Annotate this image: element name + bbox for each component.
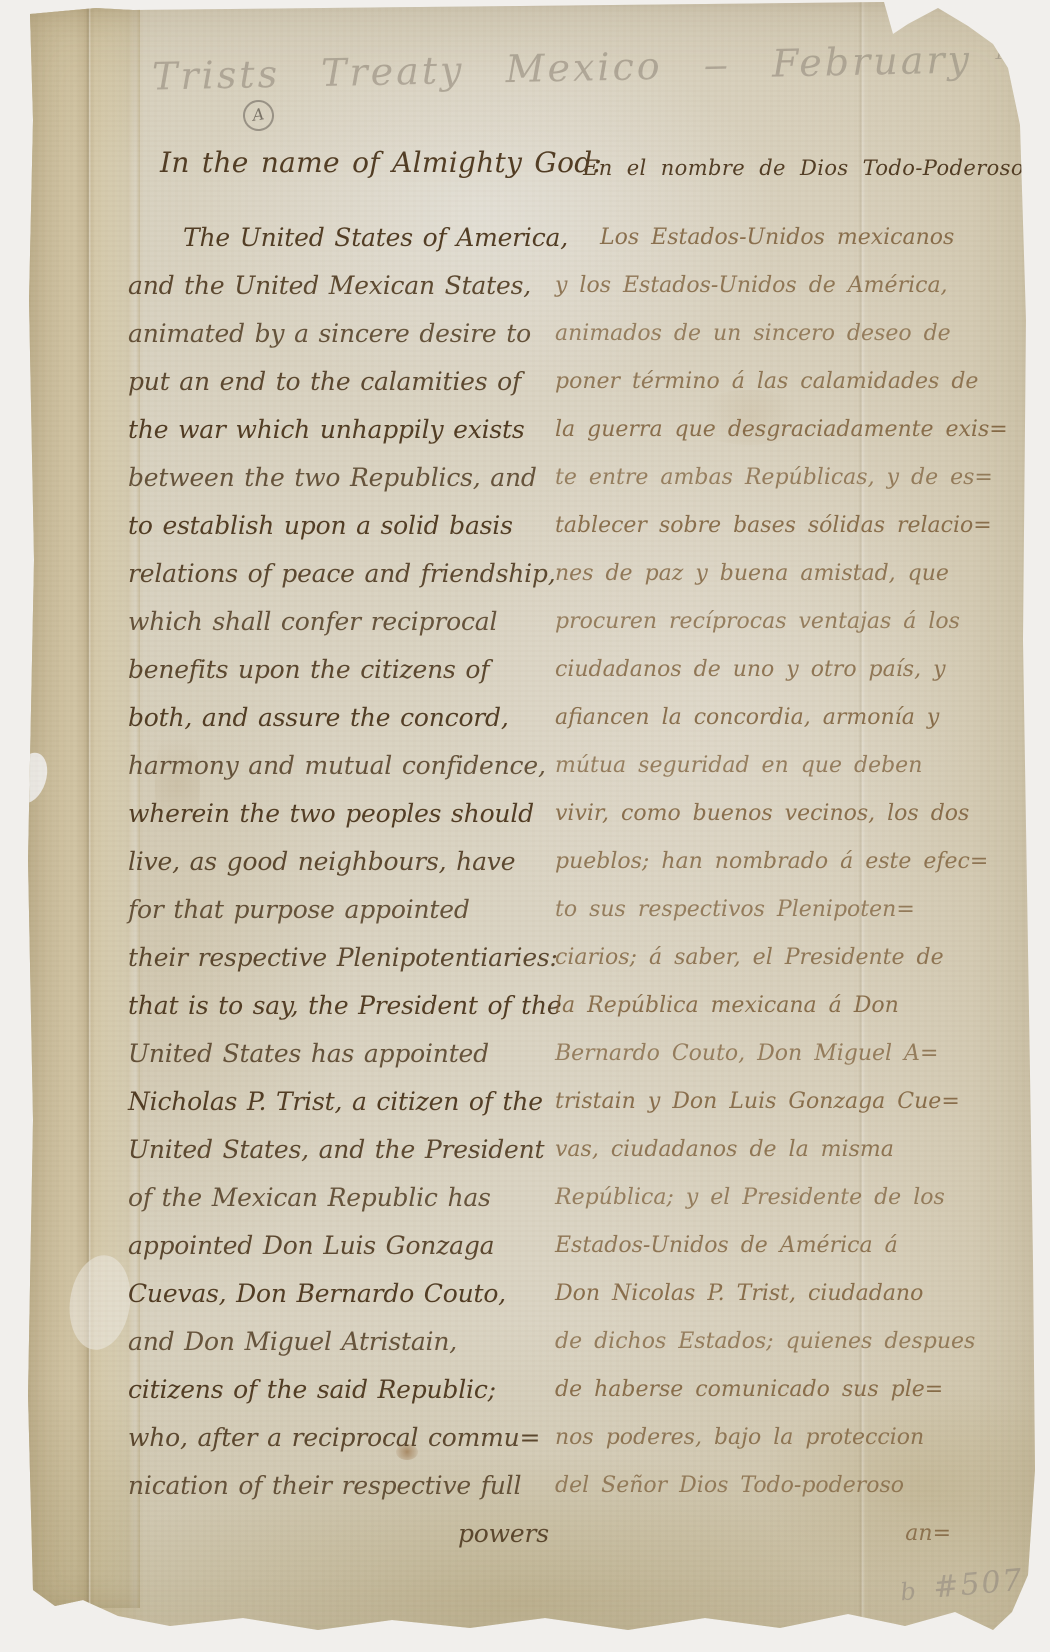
pencil-title: Trists Treaty Mexico ‒ February 1848	[152, 29, 973, 101]
manuscript-line-en: that is to say, the President of the	[128, 982, 542, 1030]
manuscript-line-en: appointed Don Luis Gonzaga	[128, 1222, 542, 1270]
manuscript-line-es: ciudadanos de uno y otro país, y	[555, 646, 955, 694]
manuscript-line-es: tristain y Don Luis Gonzaga Cue=	[555, 1078, 955, 1126]
photo-background: Trists Treaty Mexico ‒ February 1848 A 1…	[0, 0, 1050, 1652]
english-opening-line: In the name of Almighty God:	[160, 146, 560, 179]
manuscript-line-en: harmony and mutual confidence,	[128, 742, 542, 790]
manuscript-line-en: benefits upon the citizens of	[128, 646, 542, 694]
manuscript-line-es: la República mexicana á Don	[555, 982, 955, 1030]
manuscript-line-es: República; y el Presidente de los	[555, 1174, 955, 1222]
manuscript-line-en: powers	[128, 1510, 542, 1558]
manuscript-line-en: United States, and the President	[128, 1126, 542, 1174]
manuscript-line-en: to establish upon a solid basis	[128, 502, 542, 550]
manuscript-line-es: la guerra que desgraciadamente exis=	[555, 406, 955, 454]
manuscript-line-es: poner término á las calamidades de	[555, 358, 955, 406]
manuscript-line-en: live, as good neighbours, have	[128, 838, 542, 886]
manuscript-line-en: for that purpose appointed	[128, 886, 542, 934]
manuscript-line-es: te entre ambas Repúblicas, y de es=	[555, 454, 955, 502]
manuscript-line-es: de dichos Estados; quienes despues	[555, 1318, 955, 1366]
manuscript-line-en: which shall confer reciprocal	[128, 598, 542, 646]
manuscript-line-en: of the Mexican Republic has	[128, 1174, 542, 1222]
manuscript-line-en: and the United Mexican States,	[128, 262, 542, 310]
pencil-title-year: 1848	[1012, 26, 1050, 84]
manuscript-line-en: put an end to the calamities of	[128, 358, 542, 406]
manuscript-line-en: citizens of the said Republic;	[128, 1366, 542, 1414]
manuscript-line-en: The United States of America,	[128, 214, 542, 262]
manuscript-line-es: an=	[555, 1510, 955, 1558]
manuscript-line-en: Cuevas, Don Bernardo Couto,	[128, 1270, 542, 1318]
manuscript-line-es: Don Nicolas P. Trist, ciudadano	[555, 1270, 955, 1318]
manuscript-line-es: y los Estados-Unidos de América,	[555, 262, 955, 310]
manuscript-line-es: to sus respectivos Plenipoten=	[555, 886, 955, 934]
manuscript-line-es: tablecer sobre bases sólidas relacio=	[555, 502, 955, 550]
manuscript-line-es: ciarios; á saber, el Presidente de	[555, 934, 955, 982]
catalog-prefix: b	[899, 1577, 919, 1606]
page-number-annotation: 1	[994, 44, 1005, 64]
manuscript-line-es: Los Estados-Unidos mexicanos	[555, 214, 955, 262]
manuscript-line-es: nos poderes, bajo la proteccion	[555, 1414, 955, 1462]
manuscript-line-en: animated by a sincere desire to	[128, 310, 542, 358]
manuscript-line-es: pueblos; han nombrado á este efec=	[555, 838, 955, 886]
manuscript-line-en: between the two Republics, and	[128, 454, 542, 502]
manuscript-line-en: wherein the two peoples should	[128, 790, 542, 838]
manuscript-line-es: procuren recíprocas ventajas á los	[555, 598, 955, 646]
manuscript-line-es: animados de un sincero deseo de	[555, 310, 955, 358]
pencil-title-text: Trists Treaty Mexico ‒ February	[152, 37, 973, 98]
manuscript-line-es: de haberse comunicado sus ple=	[555, 1366, 955, 1414]
manuscript-line-en: their respective Plenipotentiaries:	[128, 934, 542, 982]
manuscript-line-en: relations of peace and friendship,	[128, 550, 542, 598]
manuscript-line-es: del Señor Dios Todo-poderoso	[555, 1462, 955, 1510]
spanish-opening-line: En el nombre de Dios Todo-Poderoso.	[583, 156, 963, 180]
catalog-number: #507	[932, 1563, 1025, 1606]
manuscript-line-es: nes de paz y buena amistad, que	[555, 550, 955, 598]
manuscript-line-en: United States has appointed	[128, 1030, 542, 1078]
manuscript-page: Trists Treaty Mexico ‒ February 1848 A 1…	[0, 0, 1050, 1652]
manuscript-line-es: vas, ciudadanos de la misma	[555, 1126, 955, 1174]
spanish-column: Los Estados-Unidos mexicanosy los Estado…	[555, 214, 955, 1558]
manuscript-line-es: Bernardo Couto, Don Miguel A=	[555, 1030, 955, 1078]
manuscript-line-es: Estados-Unidos de América á	[555, 1222, 955, 1270]
stub-crease-line	[86, 6, 91, 1606]
manuscript-line-es: mútua seguridad en que deben	[555, 742, 955, 790]
manuscript-line-en: the war which unhappily exists	[128, 406, 542, 454]
manuscript-line-en: and Don Miguel Atristain,	[128, 1318, 542, 1366]
manuscript-line-en: both, and assure the concord,	[128, 694, 542, 742]
manuscript-line-es: vivir, como buenos vecinos, los dos	[555, 790, 955, 838]
manuscript-line-en: nication of their respective full	[128, 1462, 542, 1510]
binding-stub	[28, 6, 140, 1608]
manuscript-line-es: afiancen la concordia, armonía y	[555, 694, 955, 742]
catalog-number-annotation: b#507	[899, 1563, 1025, 1609]
circled-a-annotation: A	[241, 98, 276, 133]
english-column: The United States of America,and the Uni…	[128, 214, 542, 1558]
manuscript-line-en: Nicholas P. Trist, a citizen of the	[128, 1078, 542, 1126]
manuscript-line-en: who, after a reciprocal commu=	[128, 1414, 542, 1462]
